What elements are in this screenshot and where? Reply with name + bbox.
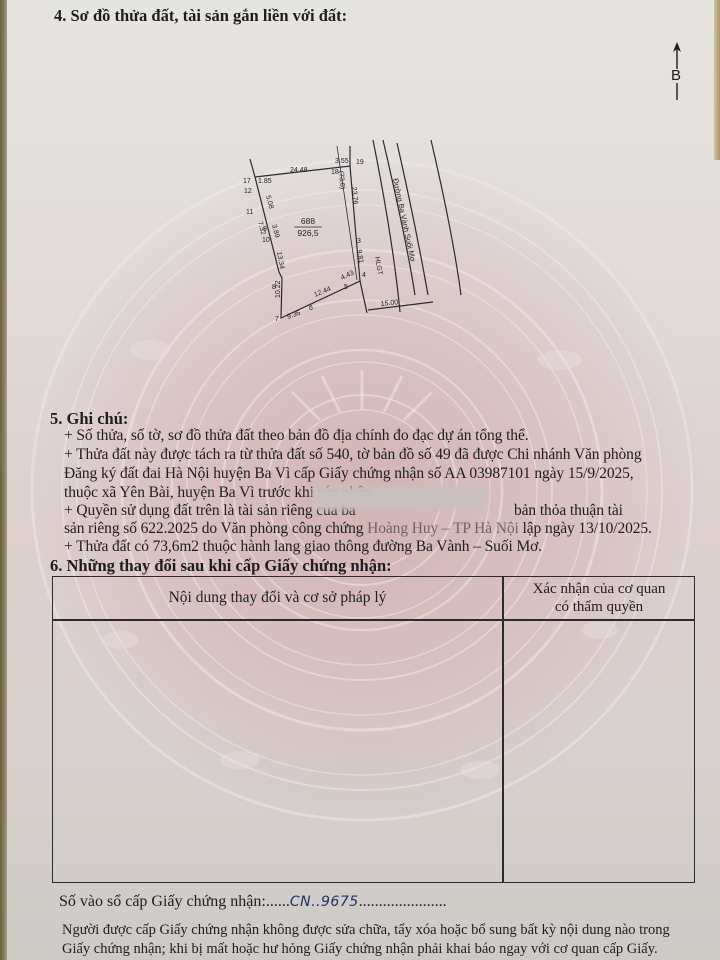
change-content-cell xyxy=(53,621,502,882)
section-5-title: 5. Ghi chú: xyxy=(50,409,128,429)
footer-warning-line-2: Giấy chứng nhận; khi bị mất hoặc hư hỏng… xyxy=(62,941,658,958)
note-line-2: + Thửa đất này được tách ra từ thửa đất … xyxy=(64,446,642,464)
registry-dots: ...... xyxy=(266,893,290,910)
note-line-6: sản riêng số 622.2025 do Văn phòng công … xyxy=(64,520,652,538)
note-line-7: + Thửa đất có 73,6m2 thuộc hành lang gia… xyxy=(64,538,542,556)
authority-confirmation-cell xyxy=(504,621,694,882)
footer-warning-line-1: Người được cấp Giấy chứng nhận không đượ… xyxy=(62,922,670,939)
header-change-content: Nội dung thay đổi và cơ sở pháp lý xyxy=(53,577,502,619)
notary-office-name: Hoàng Huy – TP Hà Nội xyxy=(367,520,519,537)
section-6-title: 6. Những thay đổi sau khi cấp Giấy chứng… xyxy=(50,556,392,576)
header-authority-confirmation: Xác nhận của cơ quan có thẩm quyền xyxy=(504,577,694,619)
note-line-6-start: sản riêng số 622.2025 do Văn phòng công … xyxy=(64,520,363,537)
note-line-3: Đăng ký đất đai Hà Nội huyện Ba Vì cấp G… xyxy=(64,465,634,483)
section-4-title: 4. Sơ đồ thửa đất, tài sản gắn liền với … xyxy=(54,6,347,26)
changes-table: Nội dung thay đổi và cơ sở pháp lý Xác n… xyxy=(52,576,695,883)
registry-dots-trailing: ...................... xyxy=(359,893,447,910)
note-line-6-end: lập ngày 13/10/2025. xyxy=(523,520,652,537)
header-authority-line-2: có thẩm quyền xyxy=(555,598,643,616)
registry-number-value: CN..9675 xyxy=(290,894,359,910)
note-line-1: + Số thửa, số tờ, sơ đồ thửa đất theo bả… xyxy=(64,427,529,445)
registry-label: Số vào sổ cấp Giấy chứng nhận: xyxy=(59,893,266,910)
header-authority-line-1: Xác nhận của cơ quan xyxy=(533,580,666,598)
redacted-owner-name xyxy=(312,486,488,510)
registry-number-line: Số vào sổ cấp Giấy chứng nhận:......CN..… xyxy=(59,893,447,911)
note-line-5-continued: bản thỏa thuận tài xyxy=(514,502,623,520)
